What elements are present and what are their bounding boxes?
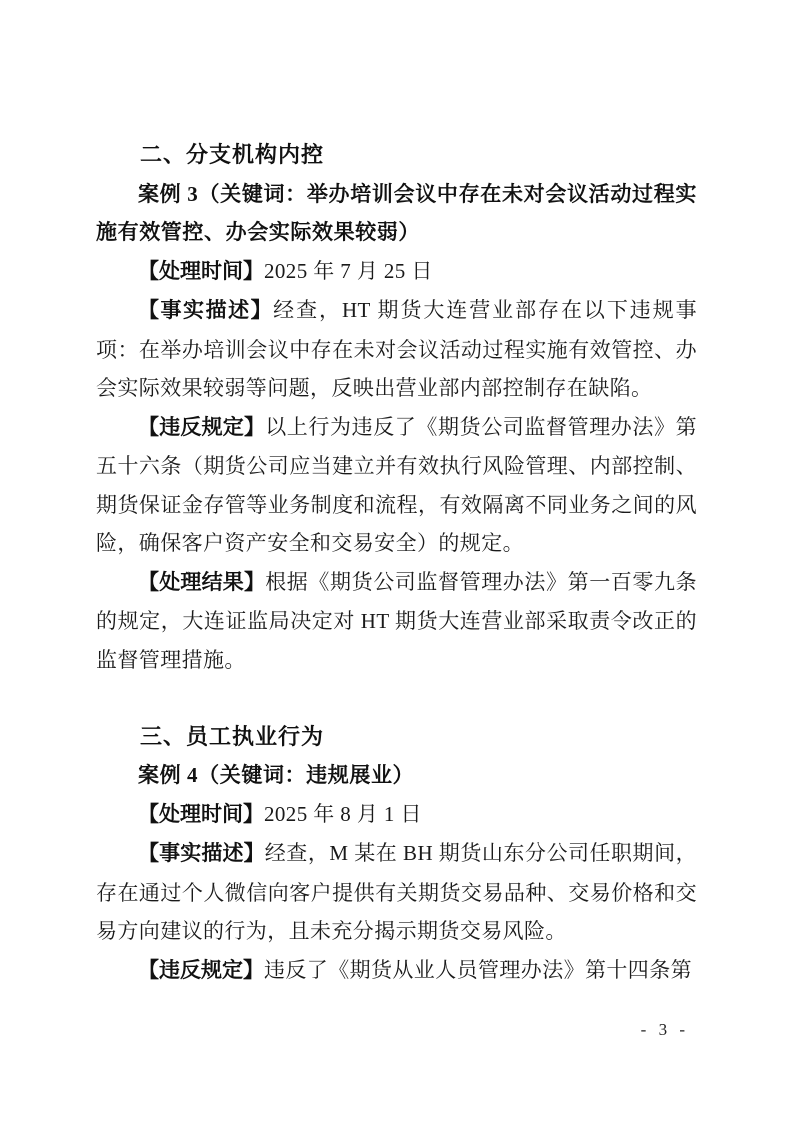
case-3-handling-result: 【处理结果】根据《期货公司监督管理办法》第一百零九条的规定，大连证监局决定对 H… [96,563,697,680]
case-4-fact-description: 【事实描述】经查，M 某在 BH 期货山东分公司任职期间，存在通过个人微信向客户… [96,834,697,951]
violated-rules-text: 违反了《期货从业人员管理办法》第十四条第 [264,958,692,982]
section-heading-employee-practice: 三、员工执业行为 [96,718,697,757]
case-3-title: 案例 3（关键词：举办培训会议中存在未对会议活动过程实施有效管控、办会实际效果较… [96,175,697,252]
handling-time-value: 2025 年 7 月 25 日 [264,259,433,283]
case-4-title: 案例 4（关键词：违规展业） [96,756,697,795]
case-4-handling-time: 【处理时间】2025 年 8 月 1 日 [96,795,697,835]
document-page: 二、分支机构内控 案例 3（关键词：举办培训会议中存在未对会议活动过程实施有效管… [0,0,793,1122]
fact-description-label: 【事实描述】 [138,842,265,865]
handling-time-value: 2025 年 8 月 1 日 [264,802,422,826]
violated-rules-label: 【违反规定】 [138,416,265,439]
case-3-violated-rules: 【违反规定】以上行为违反了《期货公司监督管理办法》第五十六条（期货公司应当建立并… [96,408,697,563]
handling-time-label: 【处理时间】 [138,260,264,283]
case-3-fact-description: 【事实描述】经查，HT 期货大连营业部存在以下违规事项：在举办培训会议中存在未对… [96,291,697,408]
section-spacer [96,679,697,718]
case-3-handling-time: 【处理时间】2025 年 7 月 25 日 [96,252,697,292]
handling-time-label: 【处理时间】 [138,803,264,826]
violated-rules-label: 【违反规定】 [138,959,264,982]
page-number: - 3 - [641,1018,689,1042]
handling-result-label: 【处理结果】 [138,571,265,594]
document-body: 二、分支机构内控 案例 3（关键词：举办培训会议中存在未对会议活动过程实施有效管… [96,136,697,990]
case-4-violated-rules: 【违反规定】违反了《期货从业人员管理办法》第十四条第 [96,951,697,991]
fact-description-label: 【事实描述】 [138,299,273,322]
section-heading-branch-internal-control: 二、分支机构内控 [96,136,697,175]
